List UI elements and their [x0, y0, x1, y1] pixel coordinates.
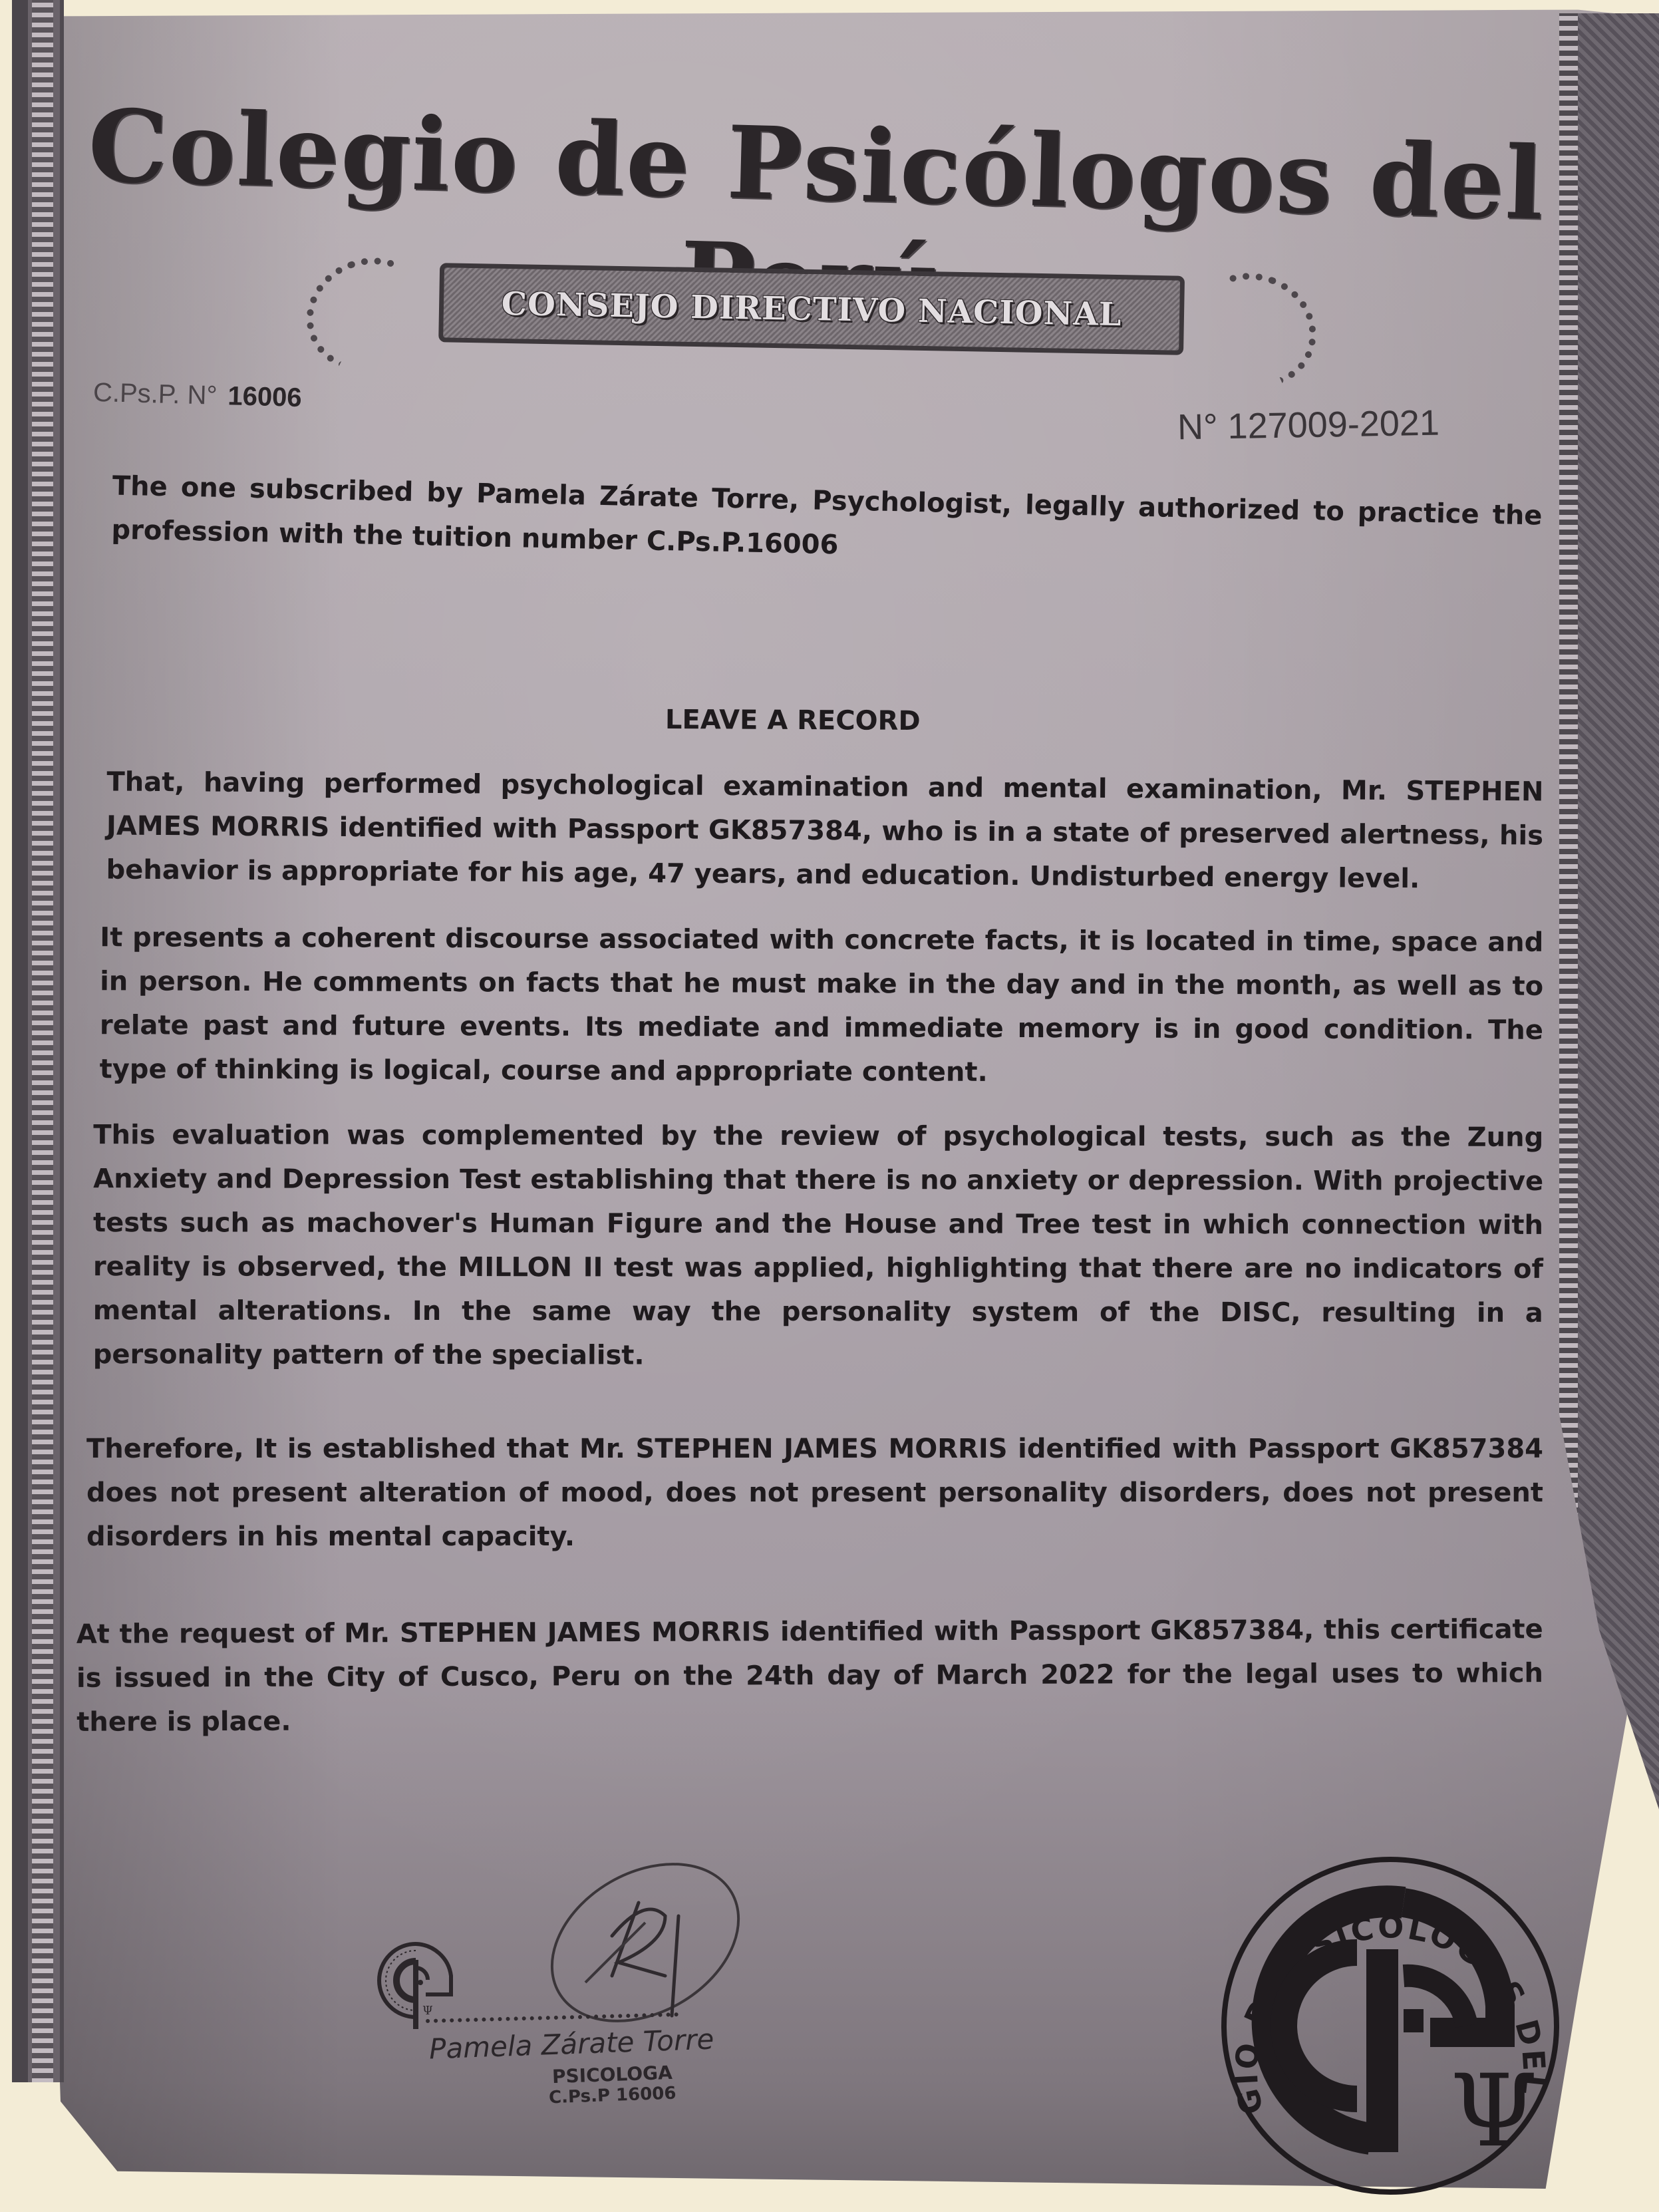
svg-text:Ψ: Ψ	[422, 2004, 433, 2018]
signature-block: Ψ Pamela Zárate Torre PSICOLOGA C.Ps.P 1…	[359, 1863, 878, 2116]
paragraph-issuance: At the request of Mr. STEPHEN JAMES MORR…	[76, 1607, 1544, 1744]
paragraph-conclusion: Therefore, It is established that Mr. ST…	[86, 1427, 1543, 1559]
registration-value: 16006	[227, 381, 302, 412]
banner-ribbon: CONSEJO DIRECTIVO NACIONAL	[438, 263, 1185, 355]
banner-text: CONSEJO DIRECTIVO NACIONAL	[501, 285, 1122, 333]
banner: CONSEJO DIRECTIVO NACIONAL	[305, 244, 1318, 382]
paragraph-examination: That, having performed psychological exa…	[106, 760, 1543, 901]
signatory-registration: C.Ps.P 16006	[549, 2084, 677, 2108]
registration-number: C.Ps.P. N°16006	[92, 378, 302, 413]
section-heading: LEAVE A RECORD	[665, 705, 921, 736]
institution-seal-icon: COLEGIO DE PSICOLOGOS DEL PERU Ψ	[1204, 1833, 1577, 2205]
certificate-number: N° 127009-2021	[1177, 402, 1439, 448]
paragraph-discourse: It presents a coherent discourse associa…	[100, 915, 1544, 1096]
psi-symbol: Ψ	[1450, 2054, 1538, 2169]
left-lace-border	[12, 0, 64, 2082]
registration-label: C.Ps.P. N°	[92, 378, 218, 410]
paragraph-tests: This evaluation was complemented by the …	[93, 1113, 1544, 1379]
